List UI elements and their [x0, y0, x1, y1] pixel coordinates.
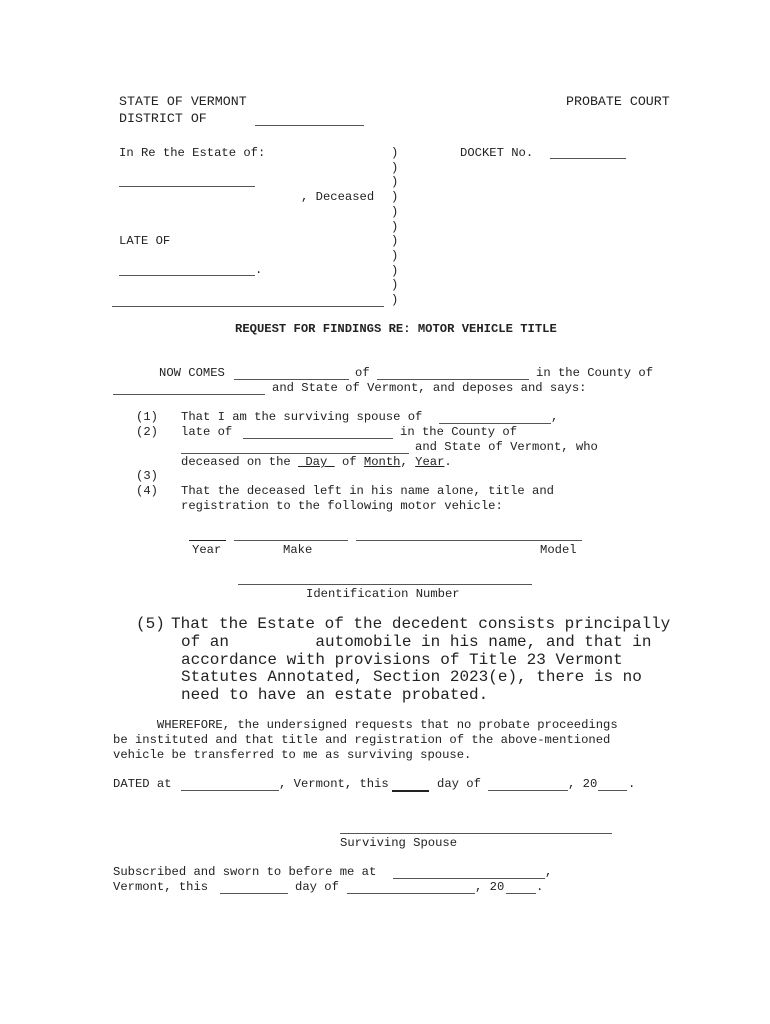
item-5-line-5: need to have an estate probated.	[181, 687, 488, 705]
court-heading: PROBATE COURT	[566, 93, 670, 111]
decedent-county-field[interactable]	[181, 453, 409, 454]
sworn-label: Subscribed and sworn to before me at	[113, 865, 376, 880]
now-comes-label: NOW COMES	[159, 366, 225, 381]
caption-paren: )	[391, 249, 398, 264]
sworn-period: .	[536, 880, 543, 895]
vehicle-make-field[interactable]	[234, 540, 348, 541]
docket-number-field[interactable]	[550, 158, 626, 159]
item-4-text-1: That the deceased left in his name alone…	[181, 484, 554, 499]
death-day-field[interactable]: Day	[298, 455, 335, 469]
affiant-name-field[interactable]	[234, 379, 349, 380]
deceased-label: , Deceased	[301, 190, 374, 205]
district-label: DISTRICT OF	[119, 110, 207, 128]
caption-paren: )	[391, 146, 398, 161]
item-2-date-line: deceased on the Day of Month, Year.	[181, 455, 452, 470]
state-heading: STATE OF VERMONT	[119, 93, 247, 111]
item-1-number: (1)	[136, 410, 158, 425]
vehicle-id-field[interactable]	[238, 584, 532, 585]
item-5-number: (5)	[136, 616, 165, 634]
caption-paren: )	[391, 293, 398, 308]
vehicle-make-label: Make	[283, 543, 312, 558]
affiant-county-field[interactable]	[113, 394, 265, 395]
item-4-text-2: registration to the following motor vehi…	[181, 499, 503, 514]
item-4-number: (4)	[136, 484, 158, 499]
item-3-number: (3)	[136, 469, 158, 484]
wherefore-line-1: WHEREFORE, the undersigned requests that…	[113, 718, 618, 733]
sworn-comma: ,	[545, 865, 552, 880]
item-1-text: That I am the surviving spouse of	[181, 410, 422, 425]
sworn-day-field[interactable]	[220, 893, 288, 894]
county-label: in the County of	[536, 366, 653, 381]
dated-month-field[interactable]	[488, 790, 568, 791]
dated-town-field[interactable]	[181, 790, 279, 791]
estate-label: In Re the Estate of:	[119, 146, 265, 161]
vehicle-id-label: Identification Number	[306, 587, 460, 602]
document-title: REQUEST FOR FINDINGS RE: MOTOR VEHICLE T…	[235, 322, 557, 337]
caption-paren: )	[391, 175, 398, 190]
decedent-name-field[interactable]	[119, 186, 255, 187]
sworn-vermont-label: Vermont, this	[113, 880, 208, 895]
dated-label: DATED at	[113, 777, 172, 792]
item-5-line-4: Statutes Annotated, Section 2023(e), the…	[181, 669, 642, 687]
vehicle-model-label: Model	[540, 543, 577, 558]
signature-line[interactable]	[340, 833, 612, 834]
spouse-name-field[interactable]	[439, 423, 551, 424]
vehicle-year-field[interactable]	[189, 540, 226, 541]
item-2-late-of: late of	[181, 425, 232, 440]
vehicle-year-label: Year	[192, 543, 221, 558]
deposes-text: and State of Vermont, and deposes and sa…	[272, 381, 587, 396]
sworn-month-field[interactable]	[347, 893, 475, 894]
dated-year-prefix: , 20	[568, 777, 597, 792]
decedent-town-field[interactable]	[243, 438, 393, 439]
caption-paren: )	[391, 234, 398, 249]
caption-paren: )	[391, 190, 398, 205]
caption-paren: )	[391, 220, 398, 235]
item-2-number: (2)	[136, 425, 158, 440]
sworn-year-prefix: , 20	[475, 880, 504, 895]
dated-period: .	[628, 777, 635, 792]
wherefore-line-3: vehicle be transferred to me as survivin…	[113, 748, 471, 763]
docket-label: DOCKET No.	[460, 146, 533, 161]
caption-paren: )	[391, 161, 398, 176]
district-field[interactable]	[255, 125, 364, 126]
of-label: of	[355, 366, 370, 381]
item-1-comma: ,	[551, 410, 558, 425]
caption-divider	[112, 306, 384, 307]
item-2-state: and State of Vermont, who	[415, 440, 598, 455]
sworn-place-field[interactable]	[393, 878, 545, 879]
signature-label: Surviving Spouse	[340, 836, 457, 851]
item-5-line-2: of an automobile in his name, and that i…	[181, 634, 651, 652]
dated-day-of-label: day of	[437, 777, 481, 792]
wherefore-line-2: be instituted and that title and registr…	[113, 733, 610, 748]
sworn-day-of-label: day of	[295, 880, 339, 895]
caption-paren: )	[391, 205, 398, 220]
item-5-line-1: That the Estate of the decedent consists…	[171, 616, 670, 634]
affiant-town-field[interactable]	[377, 379, 529, 380]
dated-vermont-label: , Vermont, this	[279, 777, 389, 792]
death-month-field[interactable]: Month	[364, 455, 401, 469]
dated-day-field[interactable]	[392, 790, 429, 792]
death-year-field[interactable]: Year	[415, 455, 444, 469]
sworn-year-field[interactable]	[506, 893, 536, 894]
vehicle-model-field[interactable]	[356, 540, 582, 541]
caption-paren: )	[391, 264, 398, 279]
caption-paren: )	[391, 278, 398, 293]
late-of-label: LATE OF	[119, 234, 170, 249]
late-of-field[interactable]	[119, 275, 255, 276]
dated-year-field[interactable]	[598, 790, 627, 791]
item-2-county: in the County of	[400, 425, 517, 440]
late-of-period: .	[255, 263, 262, 278]
